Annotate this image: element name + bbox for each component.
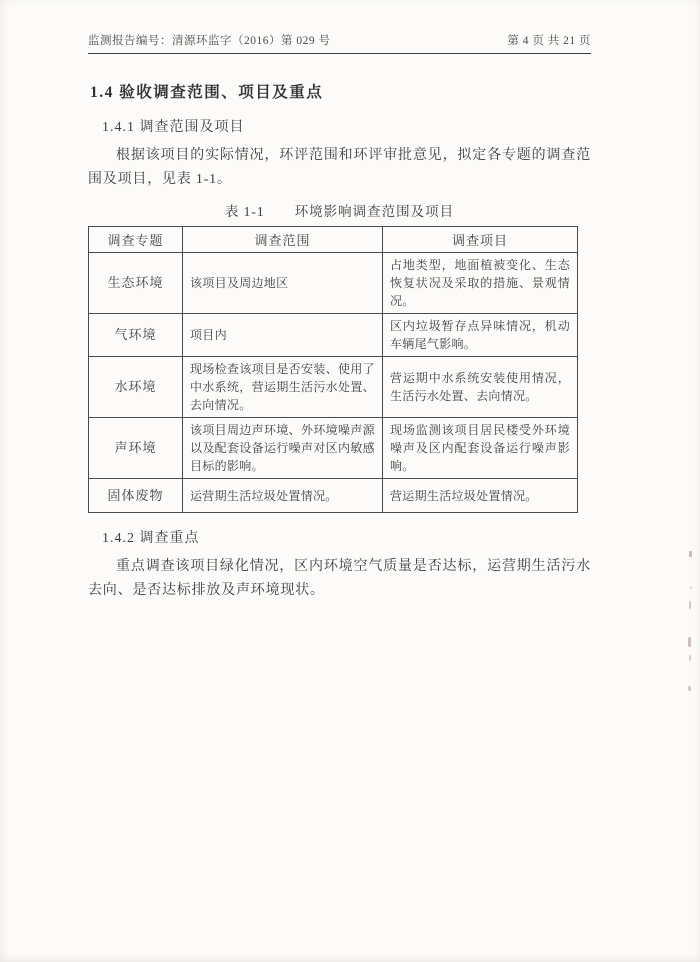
scan-edge-mark	[689, 551, 692, 557]
survey-scope-table: 调查专题 调查范围 调查项目 生态环境 该项目及周边地区 占地类型，地面植被变化…	[88, 226, 578, 513]
table-caption-title: 环境影响调查范围及项目	[295, 204, 455, 219]
table-header-row: 调查专题 调查范围 调查项目	[89, 227, 578, 253]
header-cell-topic: 调查专题	[89, 227, 183, 253]
cell-scope: 项目内	[183, 314, 383, 357]
table-head: 调查专题 调查范围 调查项目	[89, 227, 578, 253]
subsection-title-1-4-2: 1.4.2 调查重点	[102, 527, 591, 547]
section-title-1-4: 1.4 验收调查范围、项目及重点	[90, 80, 591, 102]
table-caption-label: 表 1-1	[225, 204, 265, 219]
document-page: 监测报告编号：清源环监字（2016）第 029 号 第 4 页 共 21 页 1…	[0, 0, 700, 962]
table-row-solid-waste: 固体废物 运营期生活垃圾处置情况。 营运期生活垃圾处置情况。	[89, 479, 578, 513]
scan-edge-mark	[689, 601, 691, 609]
cell-items: 营运期生活垃圾处置情况。	[383, 479, 578, 513]
cell-items: 区内垃圾暂存点异味情况，机动车辆尾气影响。	[383, 314, 578, 357]
paragraph-survey-scope: 根据该项目的实际情况，环评范围和环评审批意见，拟定各专题的调查范围及项目，见表 …	[88, 144, 591, 192]
scan-edge-mark	[688, 637, 691, 647]
table-row-water: 水环境 现场检查该项目是否安装、使用了中水系统，营运期生活污水处置、去向情况。 …	[89, 357, 578, 418]
table-row-noise: 声环境 该项目周边声环境、外环境噪声源以及配套设备运行噪声对区内敏感目标的影响。…	[89, 418, 578, 479]
header-cell-items: 调查项目	[383, 227, 578, 253]
scan-edge-mark	[688, 686, 691, 691]
table-row-air: 气环境 项目内 区内垃圾暂存点异味情况，机动车辆尾气影响。	[89, 314, 578, 357]
report-number: 监测报告编号：清源环监字（2016）第 029 号	[88, 32, 331, 48]
cell-items: 现场监测该项目居民楼受外环境噪声及区内配套设备运行噪声影响。	[383, 418, 578, 479]
page-header: 监测报告编号：清源环监字（2016）第 029 号 第 4 页 共 21 页	[88, 32, 591, 54]
header-cell-scope: 调查范围	[183, 227, 383, 253]
cell-scope: 运营期生活垃圾处置情况。	[183, 479, 383, 513]
table-caption: 表 1-1环境影响调查范围及项目	[88, 200, 591, 220]
cell-items: 占地类型，地面植被变化、生态恢复状况及采取的措施、景观情况。	[383, 253, 578, 314]
subsection-title-1-4-1: 1.4.1 调查范围及项目	[102, 116, 591, 136]
cell-items: 营运期中水系统安装使用情况，生活污水处置、去向情况。	[383, 357, 578, 418]
page-number: 第 4 页 共 21 页	[507, 32, 591, 48]
cell-topic: 生态环境	[89, 253, 183, 314]
cell-scope: 该项目及周边地区	[183, 253, 383, 314]
cell-scope: 该项目周边声环境、外环境噪声源以及配套设备运行噪声对区内敏感目标的影响。	[183, 418, 383, 479]
table-row-ecology: 生态环境 该项目及周边地区 占地类型，地面植被变化、生态恢复状况及采取的措施、景…	[89, 253, 578, 314]
table-body: 生态环境 该项目及周边地区 占地类型，地面植被变化、生态恢复状况及采取的措施、景…	[89, 253, 578, 513]
paragraph-survey-focus: 重点调查该项目绿化情况，区内环境空气质量是否达标，运营期生活污水去向、是否达标排…	[88, 555, 591, 603]
cell-scope: 现场检查该项目是否安装、使用了中水系统，营运期生活污水处置、去向情况。	[183, 357, 383, 418]
cell-topic: 声环境	[89, 418, 183, 479]
cell-topic: 固体废物	[89, 479, 183, 513]
scan-edge-mark	[690, 586, 692, 589]
cell-topic: 水环境	[89, 357, 183, 418]
cell-topic: 气环境	[89, 314, 183, 357]
scan-edge-mark	[689, 655, 691, 661]
page-content: 监测报告编号：清源环监字（2016）第 029 号 第 4 页 共 21 页 1…	[88, 32, 591, 603]
